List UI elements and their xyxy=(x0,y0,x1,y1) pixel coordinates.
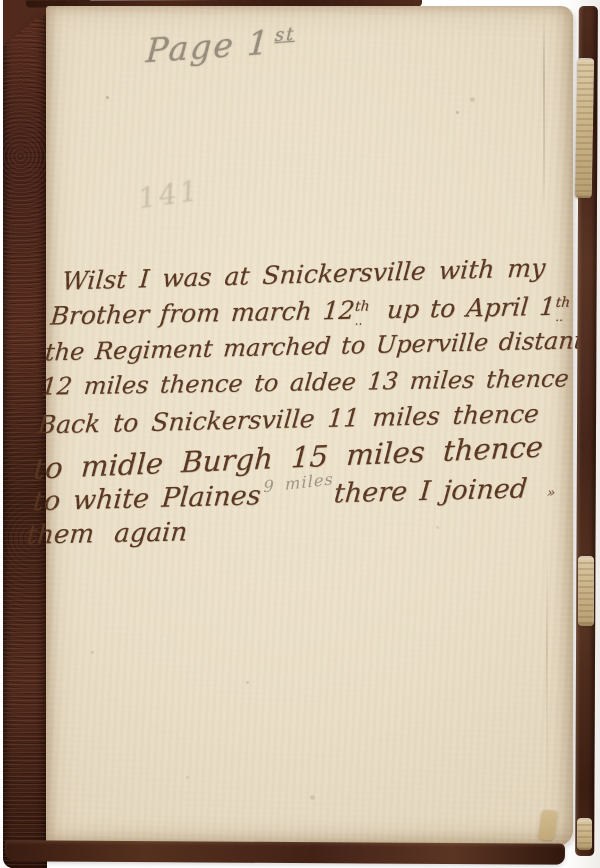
superscript-underdots: ‥ xyxy=(555,311,565,324)
book-cover-bottom-edge xyxy=(5,840,565,864)
scanned-diary-page-photo: Page 1st 141 Wilst I was at Snickersvill… xyxy=(0,0,600,868)
page-crease xyxy=(543,16,545,216)
ink-text: Wilst I was at Snickersville with my xyxy=(61,253,546,295)
ditto-mark: » xyxy=(546,485,556,501)
diary-line: the Regiment marched to Uperville distan… xyxy=(44,328,555,366)
ink-text: to white Plaines xyxy=(32,481,262,518)
ordinal-superscript: th‥ xyxy=(555,295,571,311)
diary-line: them again xyxy=(25,512,536,551)
diary-line: 12 miles thence to aldee 13 miles thence xyxy=(40,366,551,401)
page-number-pencil: Page 1st xyxy=(145,21,297,71)
diary-page: Page 1st 141 Wilst I was at Snickersvill… xyxy=(46,6,573,846)
ink-text: up to April 1 xyxy=(375,292,557,324)
ordinal-superscript: th‥ xyxy=(354,299,370,315)
diary-line: Wilst I was at Snickersville with my xyxy=(61,254,562,296)
page-crease xyxy=(546,546,548,806)
diary-line: Brother from march 12th‥ up to April 1th… xyxy=(49,293,558,331)
binding-stitch xyxy=(575,58,594,198)
page-speckles xyxy=(106,96,109,99)
page-number-text: Page 1 xyxy=(145,22,272,70)
binding-stitch xyxy=(578,556,594,626)
binding-stitch xyxy=(577,818,592,850)
faint-pencil-mark: 141 xyxy=(136,174,202,215)
ink-text: the Regiment marched to Uperville distan… xyxy=(44,326,585,366)
ink-text: them again xyxy=(25,518,188,551)
ink-text: there I joined xyxy=(333,474,529,510)
ink-text: Brother from march 12 xyxy=(49,296,356,331)
superscript-underdots: ‥ xyxy=(354,315,364,328)
page-number-superscript: st xyxy=(274,24,296,47)
ink-text: 12 miles thence to aldee 13 miles thence xyxy=(40,364,570,400)
diary-text-block: Wilst I was at Snickersville with myBrot… xyxy=(25,259,562,547)
